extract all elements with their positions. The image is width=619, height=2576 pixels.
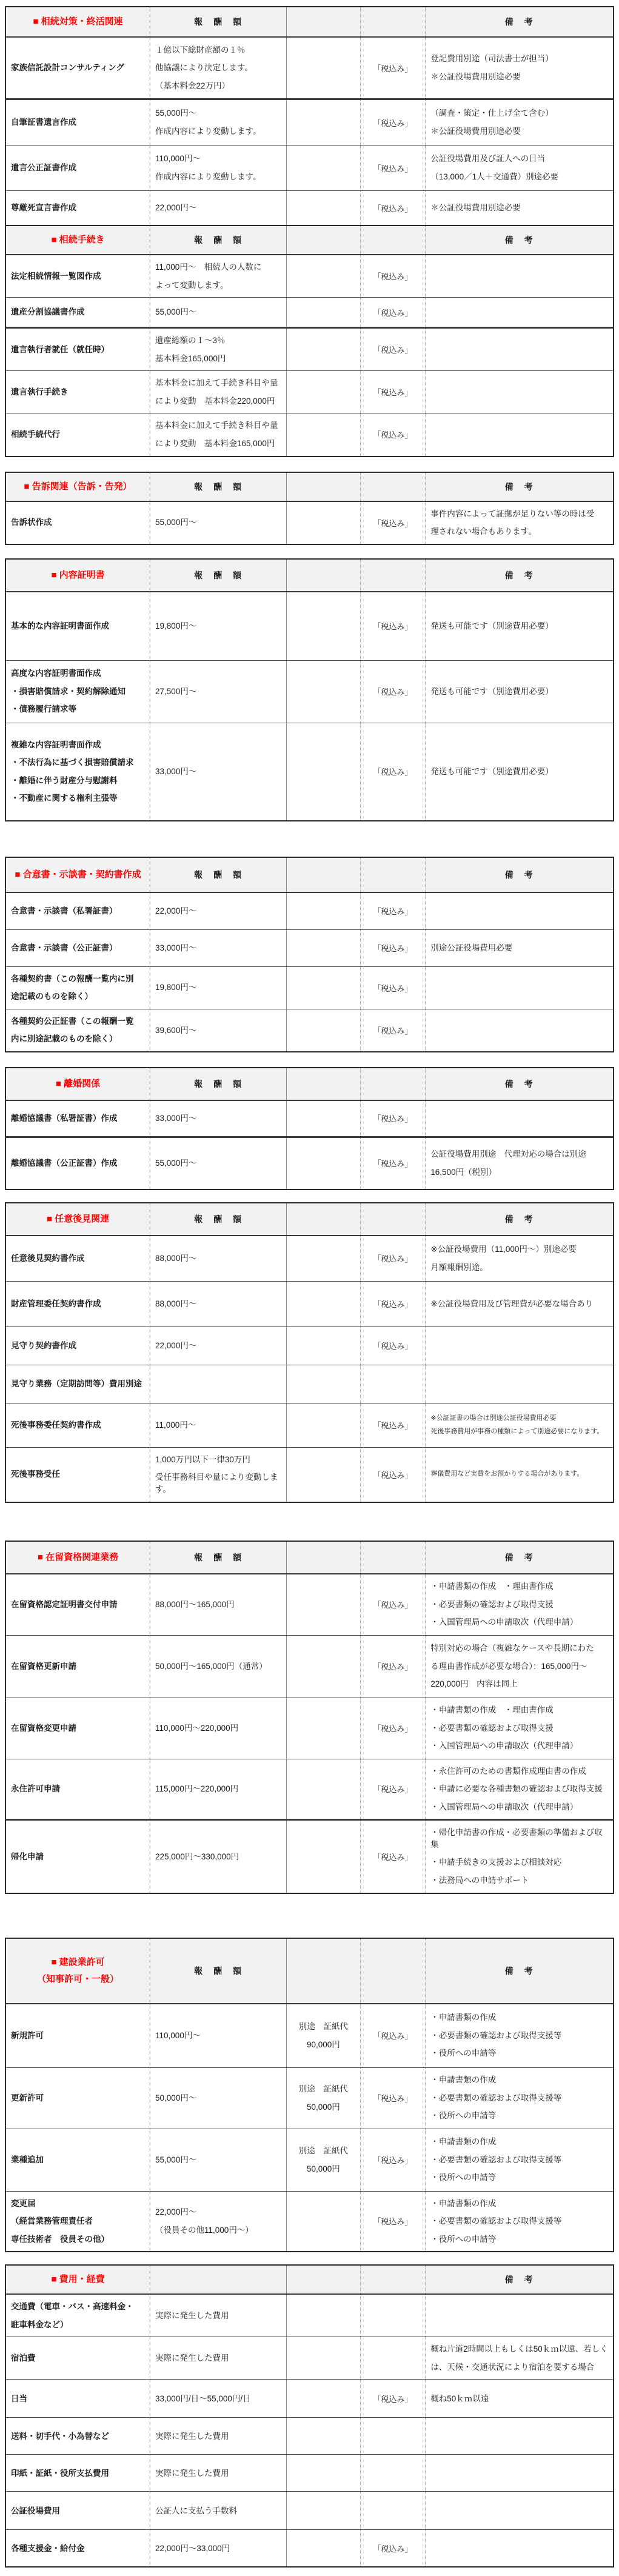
tax-included-note: 「税込み」 [360, 723, 426, 820]
service-name-line: 離婚協議書（私署証書）作成 [11, 1112, 145, 1125]
fee-line: 33,000円～ [155, 1112, 281, 1125]
remarks: ※公証証書の場合は別途公証役場費用必要死後事務費用が事務の種類によって別途必要に… [425, 1403, 613, 1447]
section-header-row: ■ 合意書・示談書・契約書作成報 酬 額備 考 [6, 858, 613, 892]
fee-line: 39,600円～ [155, 1025, 281, 1037]
remark-line: ※公証役場費用及び管理費が必要な場合あり [430, 1298, 608, 1310]
fee-line: 11,000円～ 相続人の人数に [155, 261, 281, 273]
fee-column-header [150, 2266, 286, 2293]
service-name: 遺言執行者就任（就任時） [6, 329, 150, 370]
fee-row: 永住許可申請115,000円～220,000円「税込み」・永住許可のための書類作… [6, 1759, 613, 1819]
tax-included-note: 「税込み」 [360, 2129, 426, 2191]
remark-line: ＊公証役場費用別途必要 [430, 71, 608, 83]
remarks: 概ね50ｋｍ以遠 [425, 2380, 613, 2417]
service-name: 在留資格更新申請 [6, 1636, 150, 1698]
remark-line: ※公証証書の場合は別途公証役場費用必要 [430, 1414, 608, 1423]
tax-included-note: 「税込み」 [360, 2380, 426, 2417]
fee-row: 在留資格変更申請110,000円～220,000円「税込み」・申請書類の作成 ・… [6, 1698, 613, 1759]
fee-row: 財産管理委任契約書作成88,000円～「税込み」※公証役場費用及び管理費が必要な… [6, 1281, 613, 1326]
service-name: 死後事務委任契約書作成 [6, 1403, 150, 1447]
service-name-line: 途記載のものを除く） [11, 991, 145, 1003]
remarks: 登記費用別途（司法書士が担当）＊公証役場費用別途必要 [425, 38, 613, 98]
fee-line: 19,800円～ [155, 982, 281, 994]
stamp-fee [286, 2337, 360, 2379]
tax-column-header [360, 858, 426, 892]
service-name: 複雑な内容証明書面作成・不法行為に基づく損害賠償請求・離婚に伴う財産分与慰謝料・… [6, 723, 150, 820]
fee-row: 死後事務受任1,000万円以下一律30万円受任事務科目や量により変動します。「税… [6, 1447, 613, 1502]
section-title: ■ 告訴関連（告訴・告発） [6, 473, 150, 501]
service-name-line: 遺産分割協議書作成 [11, 306, 145, 318]
remark-line: 死後事務費用が事務の種類によって別途必要になります。 [430, 1427, 608, 1437]
fee-column-header: 報 酬 額 [150, 7, 286, 36]
tax-included-note: 「税込み」 [360, 2004, 426, 2067]
service-name-line: 各種支援金・給付金 [11, 2543, 145, 2555]
tax-included-note: 「税込み」 [360, 1138, 426, 1189]
remarks [425, 298, 613, 327]
fee-row: 帰化申請225,000円～330,000円「税込み」・帰化申請書の作成・必要書類… [6, 1819, 613, 1892]
tax-column-header [360, 2266, 426, 2293]
service-name-line: 複雑な内容証明書面作成 [11, 739, 145, 751]
service-name-line: 帰化申請 [11, 1851, 145, 1863]
fee-table-goui-jidan: ■ 合意書・示談書・契約書作成報 酬 額備 考合意書・示談書（私署証書）22,0… [5, 857, 614, 1052]
fee-line: 22,000円～ [155, 1340, 281, 1352]
stamp-fee-line: 50,000円 [307, 2163, 340, 2175]
service-name: 宿泊費 [6, 2337, 150, 2379]
section-title-line: ■ 告訴関連（告訴・告発） [24, 480, 132, 493]
remarks [425, 967, 613, 1009]
fee-amount: 22,000円～ [150, 893, 286, 929]
service-name-line: 交通費（電車・バス・高速料金・ [11, 2301, 145, 2313]
remarks [425, 2455, 613, 2491]
section-header-row: ■ 任意後見関連報 酬 額備 考 [6, 1203, 613, 1235]
fee-row: 在留資格認定証明書交付申請88,000円～165,000円「税込み」・申請書類の… [6, 1573, 613, 1635]
fee-line: 27,500円～ [155, 686, 281, 698]
service-name-line: 各種契約書（この報酬一覧内に別 [11, 973, 145, 985]
service-name: 告訴状作成 [6, 502, 150, 544]
service-name-line: 宿泊費 [11, 2352, 145, 2364]
service-name-line: 在留資格更新申請 [11, 1661, 145, 1673]
remark-line: ・帰化申請書の作成・必要書類の準備および収集 [430, 1827, 608, 1850]
fee-table-nini-kouken: ■ 任意後見関連報 酬 額備 考任意後見契約書作成88,000円～「税込み」※公… [5, 1202, 614, 1503]
service-name-line: 公証役場費用 [11, 2505, 145, 2517]
fee-amount: 19,800円～ [150, 592, 286, 660]
fee-line: 基本料金に加えて手続き科目や量 [155, 420, 281, 432]
remarks: ・帰化申請書の作成・必要書類の準備および収集・申請手続きの支援および相談対応・法… [425, 1821, 613, 1892]
fee-amount: 110,000円～作成内容により変動します。 [150, 146, 286, 190]
stamp-fee-column-header [286, 1542, 360, 1573]
service-name: 各種支援金・給付金 [6, 2530, 150, 2566]
remark-line: ＊公証役場費用別途必要 [430, 125, 608, 138]
fee-amount: 19,800円～ [150, 967, 286, 1009]
section-header-row: ■ 内容証明書報 酬 額備 考 [6, 560, 613, 591]
service-name-line: 在留資格変更申請 [11, 1722, 145, 1735]
fee-line: よって変動します。 [155, 279, 281, 292]
fee-line: 115,000円～220,000円 [155, 1783, 281, 1795]
fee-amount: 88,000円～ [150, 1282, 286, 1326]
section-header-row: ■ 離婚関係報 酬 額備 考 [6, 1068, 613, 1100]
stamp-fee [286, 1282, 360, 1326]
remark-line: （13,000／1人＋交通費）別途必要 [430, 171, 608, 183]
remark-line: ・申請書類の作成 [430, 2136, 608, 2148]
service-name: 財産管理委任契約書作成 [6, 1282, 150, 1326]
remark-line: ＊公証役場費用別途必要 [430, 202, 608, 214]
remark-line: ・必要書類の確認および取得支援等 [430, 2030, 608, 2042]
remark-line: ・申請書類の作成 [430, 2012, 608, 2024]
stamp-fee [286, 723, 360, 820]
fee-row: 各種契約書（この報酬一覧内に別途記載のものを除く）19,800円～「税込み」 [6, 966, 613, 1009]
stamp-fee: 別途 証紙代50,000円 [286, 2068, 360, 2129]
fee-row: 告訴状作成55,000円～「税込み」事件内容によって証拠が足りない等の時は受理さ… [6, 501, 613, 544]
section-title-line: （知事許可・一般） [37, 1973, 119, 1986]
service-name-line: ・不動産に関する権利主張等 [11, 792, 145, 805]
stamp-fee [286, 2192, 360, 2252]
fee-column-header: 報 酬 額 [150, 560, 286, 591]
service-name: 交通費（電車・バス・高速料金・駐車料金など） [6, 2295, 150, 2337]
service-name-line: 自筆証書遺言作成 [11, 116, 145, 129]
fee-amount: 115,000円～220,000円 [150, 1759, 286, 1819]
fee-table-naiyou-shoumei: ■ 内容証明書報 酬 額備 考基本的な内容証明書面作成19,800円～「税込み」… [5, 558, 614, 821]
service-name: 相続手続代行 [6, 413, 150, 455]
remark-line: る理由書作成が必要な場合）：165,000円～ [430, 1661, 608, 1673]
service-name-line: 永住許可申請 [11, 1783, 145, 1795]
fee-line: 他協議により決定します。 [155, 62, 281, 74]
remarks: ・永住許可のための書類作成理由書の作成・申請に必要な各種書類の確認および取得支援… [425, 1759, 613, 1819]
stamp-fee [286, 1365, 360, 1403]
section-title-line: ■ 内容証明書 [51, 569, 104, 582]
fee-amount: 11,000円～ 相続人の人数によって変動します。 [150, 255, 286, 297]
remarks: ・申請書類の作成・必要書類の確認および取得支援等・役所への申請等 [425, 2068, 613, 2129]
fee-line: 110,000円～ [155, 2030, 281, 2042]
fee-row: 各種支援金・給付金22,000円～33,000円「税込み」 [6, 2529, 613, 2566]
remarks [425, 893, 613, 929]
stamp-fee-column-header [286, 1203, 360, 1235]
remarks [425, 2492, 613, 2529]
remark-line: 公証役場費用及び証人への日当 [430, 153, 608, 165]
service-name: 永住許可申請 [6, 1759, 150, 1819]
fee-amount: 33,000円～ [150, 930, 286, 966]
section-header-row: ■ 費用・経費備 考 [6, 2266, 613, 2293]
fee-line: 遺産総額の１～3％ [155, 335, 281, 347]
remark-line: ・永住許可のための書類作成理由書の作成 [430, 1765, 608, 1778]
fee-row: 任意後見契約書作成88,000円～「税込み」※公証役場費用（11,000円～）別… [6, 1235, 613, 1281]
service-name: 離婚協議書（私署証書）作成 [6, 1101, 150, 1136]
fee-line: 実際に発生した費用 [155, 2310, 281, 2322]
service-name: 印紙・証紙・役所支払費用 [6, 2455, 150, 2491]
fee-table-souzoku-taisaku: ■ 相続対策・終活関連報 酬 額備 考家族信託設計コンサルティング１億以下総財産… [5, 6, 614, 226]
service-name-line: 相続手続代行 [11, 429, 145, 441]
service-name-line: 高度な内容証明書面作成 [11, 667, 145, 680]
remarks [425, 2295, 613, 2337]
remark-line: 発送も可能です（別途費用必要） [430, 766, 608, 778]
fee-amount: 55,000円～ [150, 2129, 286, 2191]
remark-line: ・申請書類の作成 ・理由書作成 [430, 1581, 608, 1593]
section-title: ■ 内容証明書 [6, 560, 150, 591]
service-name-line: 死後事務受任 [11, 1468, 145, 1480]
service-name-line: 見守り業務（定期訪問等）費用別途 [11, 1378, 145, 1390]
service-name: 公証役場費用 [6, 2492, 150, 2529]
tax-included-note: 「税込み」 [360, 1574, 426, 1635]
fee-row: 日当33,000円/日～55,000円/日「税込み」概ね50ｋｍ以遠 [6, 2379, 613, 2417]
fee-amount: 55,000円～ [150, 1138, 286, 1189]
tax-included-note: 「税込み」 [360, 1636, 426, 1698]
fee-amount: 実際に発生した費用 [150, 2455, 286, 2491]
section-title: ■ 費用・経費 [6, 2266, 150, 2293]
remarks-column-header: 備 考 [425, 1203, 613, 1235]
stamp-fee [286, 2380, 360, 2417]
fee-line: 88,000円～ [155, 1253, 281, 1265]
stamp-fee-column-header [286, 1939, 360, 2003]
remarks [425, 2530, 613, 2566]
fee-row: 見守り契約書作成22,000円～「税込み」 [6, 1326, 613, 1365]
fee-amount: 33,000円～ [150, 723, 286, 820]
section-title-line: ■ 任意後見関連 [47, 1213, 109, 1226]
fee-line: 55,000円～ [155, 2154, 281, 2166]
tax-included-note: 「税込み」 [360, 893, 426, 929]
remark-line: ・必要書類の確認および取得支援等 [430, 2154, 608, 2166]
service-name: 見守り契約書作成 [6, 1327, 150, 1365]
remarks: 発送も可能です（別途費用必要） [425, 661, 613, 723]
tax-column-header [360, 7, 426, 36]
fee-line: 作成内容により変動します。 [155, 171, 281, 183]
fee-amount: 225,000円～330,000円 [150, 1821, 286, 1892]
service-name: 遺言執行手続き [6, 371, 150, 413]
fee-amount: 50,000円～ [150, 2068, 286, 2129]
fee-schedule-document: ■ 相続対策・終活関連報 酬 額備 考家族信託設計コンサルティング１億以下総財産… [0, 6, 619, 2576]
fee-row: 印紙・証紙・役所支払費用実際に発生した費用 [6, 2454, 613, 2491]
stamp-fee-column-header [286, 2266, 360, 2293]
fee-line: 225,000円～330,000円 [155, 1851, 281, 1863]
stamp-fee-line: 90,000円 [307, 2039, 340, 2051]
stamp-fee [286, 1574, 360, 1635]
section-title-line: ■ 相続手続き [51, 233, 104, 247]
section-header-row: ■ 建設業許可（知事許可・一般）報 酬 額備 考 [6, 1939, 613, 2003]
service-name-line: 遺言執行手続き [11, 386, 145, 398]
fee-line: 11,000円～ [155, 1419, 281, 1431]
stamp-fee [286, 893, 360, 929]
fee-row: 交通費（電車・バス・高速料金・駐車料金など）実際に発生した費用 [6, 2293, 613, 2337]
fee-amount: 22,000円～（役員その他11,000円～） [150, 2192, 286, 2252]
fee-line: 基本料金に加えて手続き科目や量 [155, 377, 281, 389]
tax-included-note: 「税込み」 [360, 413, 426, 455]
remarks: 葬儀費用など実費をお預かりする場合があります。 [425, 1448, 613, 1502]
section-title: ■ 建設業許可（知事許可・一般） [6, 1939, 150, 2003]
service-name: 遺言公正証書作成 [6, 146, 150, 190]
service-name: 高度な内容証明書面作成・損害賠償請求・契約解除通知・債務履行請求等 [6, 661, 150, 723]
service-name-line: 業種追加 [11, 2154, 145, 2166]
fee-amount: 110,000円～220,000円 [150, 1698, 286, 1759]
service-name-line: 日当 [11, 2393, 145, 2405]
fee-row: 各種契約公正証書（この報酬一覧内に別途記載のものを除く）39,600円～「税込み… [6, 1009, 613, 1051]
stamp-fee [286, 661, 360, 723]
service-name-line: ・債務履行請求等 [11, 703, 145, 715]
fee-amount: 22,000円～ [150, 191, 286, 225]
service-name: 在留資格認定証明書交付申請 [6, 1574, 150, 1635]
stamp-fee [286, 2455, 360, 2491]
service-name-line: 合意書・示談書（私署証書） [11, 905, 145, 917]
remarks: 発送も可能です（別途費用必要） [425, 592, 613, 660]
remarks-column-header: 備 考 [425, 1068, 613, 1100]
remark-line: ・役所への申請等 [430, 2172, 608, 2184]
fee-row: 新規許可110,000円～別途 証紙代90,000円「税込み」・申請書類の作成・… [6, 2003, 613, 2067]
fee-row: 基本的な内容証明書面作成19,800円～「税込み」発送も可能です（別途費用必要） [6, 591, 613, 660]
stamp-fee [286, 1759, 360, 1819]
remarks: ※公証役場費用（11,000円～）別途必要月額報酬別途。 [425, 1236, 613, 1281]
service-name-line: 任意後見契約書作成 [11, 1253, 145, 1265]
fee-line: 基本料金165,000円 [155, 353, 281, 365]
remark-line: 220,000円 内容は同上 [430, 1678, 608, 1690]
tax-column-header [360, 560, 426, 591]
remark-line: ・入国管理局への申請取次（代理申請） [430, 1801, 608, 1813]
remark-line: 葬儀費用など実費をお預かりする場合があります。 [430, 1470, 608, 1479]
remark-line: ・申請書類の作成 [430, 2198, 608, 2210]
service-name: 遺産分割協議書作成 [6, 298, 150, 327]
remark-line: ※公証役場費用（11,000円～）別途必要 [430, 1243, 608, 1256]
service-name-line: 離婚協議書（公正証書）作成 [11, 1157, 145, 1169]
stamp-fee-column-header [286, 560, 360, 591]
service-name-line: 尊厳死宣言書作成 [11, 202, 145, 214]
service-name: 離婚協議書（公正証書）作成 [6, 1138, 150, 1189]
stamp-fee [286, 1821, 360, 1892]
fee-amount: 公証人に支払う手数料 [150, 2492, 286, 2529]
stamp-fee [286, 255, 360, 297]
fee-line: 33,000円/日～55,000円/日 [155, 2393, 281, 2405]
remarks: ・申請書類の作成・必要書類の確認および取得支援等・役所への申請等 [425, 2129, 613, 2191]
fee-amount: 22,000円～33,000円 [150, 2530, 286, 2566]
fee-table-hiyou-keihi: ■ 費用・経費備 考交通費（電車・バス・高速料金・駐車料金など）実際に発生した費… [5, 2264, 614, 2568]
remarks-column-header: 備 考 [425, 1939, 613, 2003]
service-name-line: 更新許可 [11, 2092, 145, 2104]
stamp-fee-line: 別途 証紙代 [299, 2145, 348, 2157]
section-title: ■ 相続対策・終活関連 [6, 7, 150, 36]
fee-table-kokuso: ■ 告訴関連（告訴・告発）報 酬 額備 考告訴状作成55,000円～「税込み」事… [5, 472, 614, 545]
fee-line: 50,000円～165,000円（通常） [155, 1661, 281, 1673]
stamp-fee [286, 1448, 360, 1502]
service-name-line: ・不法行為に基づく損害賠償請求 [11, 757, 145, 769]
fee-amount: 実際に発生した費用 [150, 2295, 286, 2337]
remarks: 発送も可能です（別途費用必要） [425, 723, 613, 820]
remarks-column-header: 備 考 [425, 858, 613, 892]
remarks-column-header: 備 考 [425, 226, 613, 254]
fee-row: 家族信託設計コンサルティング１億以下総財産額の１％他協議により決定します。（基本… [6, 36, 613, 98]
section-header-row: ■ 相続対策・終活関連報 酬 額備 考 [6, 7, 613, 36]
tax-included-note: 「税込み」 [360, 930, 426, 966]
tax-included-note: 「税込み」 [360, 38, 426, 98]
stamp-fee [286, 1101, 360, 1136]
fee-column-header: 報 酬 額 [150, 1203, 286, 1235]
tax-included-note: 「税込み」 [360, 146, 426, 190]
remarks: 特別対応の場合（複雑なケースや長期にわたる理由書作成が必要な場合）：165,00… [425, 1636, 613, 1698]
fee-column-header: 報 酬 額 [150, 226, 286, 254]
section-header-row: ■ 相続手続き報 酬 額備 考 [6, 226, 613, 254]
service-name: 日当 [6, 2380, 150, 2417]
tax-included-note: 「税込み」 [360, 191, 426, 225]
remarks [425, 329, 613, 370]
service-name-line: 専任技術者 役員その他） [11, 2233, 145, 2246]
remark-line: 概ね50ｋｍ以遠 [430, 2393, 608, 2405]
fee-row: 相続手続代行基本料金に加えて手続き科目や量により変動 基本料金165,000円「… [6, 413, 613, 455]
fee-column-header: 報 酬 額 [150, 1542, 286, 1573]
stamp-fee [286, 1698, 360, 1759]
fee-row: 業種追加55,000円～別途 証紙代50,000円「税込み」・申請書類の作成・必… [6, 2129, 613, 2191]
remark-line: ・申請に必要な各種書類の確認および取得支援 [430, 1783, 608, 1795]
section-title-line: ■ 在留資格関連業務 [38, 1551, 118, 1564]
tax-column-header [360, 1068, 426, 1100]
remark-line: ・役所への申請等 [430, 2110, 608, 2122]
remark-line: 別途公証役場費用必要 [430, 942, 608, 954]
service-name-line: 遺言公正証書作成 [11, 162, 145, 174]
fee-line: 公証人に支払う手数料 [155, 2505, 281, 2517]
service-name-line: （経営業務管理責任者 [11, 2215, 145, 2227]
service-name-line: 財産管理委任契約書作成 [11, 1298, 145, 1310]
remark-line: 特別対応の場合（複雑なケースや長期にわた [430, 1642, 608, 1654]
fee-line: 実際に発生した費用 [155, 2352, 281, 2364]
tax-included-note: 「税込み」 [360, 1327, 426, 1365]
service-name-line: ・損害賠償請求・契約解除通知 [11, 686, 145, 698]
fee-row: 合意書・示談書（公正証書）33,000円～「税込み」別途公証役場費用必要 [6, 929, 613, 966]
fee-line: により変動 基本料金165,000円 [155, 438, 281, 450]
stamp-fee [286, 502, 360, 544]
fee-line: 110,000円～220,000円 [155, 1722, 281, 1735]
service-name: 更新許可 [6, 2068, 150, 2129]
stamp-fee-column-header [286, 7, 360, 36]
stamp-fee [286, 930, 360, 966]
fee-row: 離婚協議書（公正証書）作成55,000円～「税込み」公証役場費用別途 代理対応の… [6, 1136, 613, 1189]
remark-line: ・必要書類の確認および取得支援等 [430, 2092, 608, 2104]
service-name: 基本的な内容証明書面作成 [6, 592, 150, 660]
remark-line: 公証役場費用別途 代理対応の場合は別途 [430, 1148, 608, 1160]
service-name: 家族信託設計コンサルティング [6, 38, 150, 98]
service-name: 合意書・示談書（公正証書） [6, 930, 150, 966]
stamp-fee [286, 298, 360, 327]
tax-included-note [360, 2492, 426, 2529]
fee-row: 高度な内容証明書面作成・損害賠償請求・契約解除通知・債務履行請求等27,500円… [6, 660, 613, 723]
service-name: 見守り業務（定期訪問等）費用別途 [6, 1365, 150, 1403]
fee-row: 在留資格更新申請50,000円～165,000円（通常）「税込み」特別対応の場合… [6, 1635, 613, 1698]
stamp-fee [286, 1138, 360, 1189]
service-name-line: 法定相続情報一覧図作成 [11, 270, 145, 283]
section-title-line: ■ 費用・経費 [51, 2273, 104, 2286]
tax-included-note [360, 1365, 426, 1403]
stamp-fee-column-header [286, 858, 360, 892]
remarks: ・申請書類の作成・必要書類の確認および取得支援等・役所への申請等 [425, 2004, 613, 2067]
remark-line: ・必要書類の確認および取得支援等 [430, 2215, 608, 2227]
tax-included-note: 「税込み」 [360, 967, 426, 1009]
section-title-line: ■ 合意書・示談書・契約書作成 [15, 868, 141, 882]
remark-line: 登記費用別途（司法書士が担当） [430, 53, 608, 65]
section-header-row: ■ 告訴関連（告訴・告発）報 酬 額備 考 [6, 473, 613, 501]
fee-line: 19,800円～ [155, 620, 281, 632]
fee-row: 遺言執行者就任（就任時）遺産総額の１～3％基本料金165,000円「税込み」 [6, 327, 613, 370]
section-title: ■ 相続手続き [6, 226, 150, 254]
fee-line: 50,000円～ [155, 2092, 281, 2104]
tax-column-header [360, 1542, 426, 1573]
tax-column-header [360, 473, 426, 501]
service-name-line: 印紙・証紙・役所支払費用 [11, 2467, 145, 2480]
service-name: 尊厳死宣言書作成 [6, 191, 150, 225]
tax-included-note: 「税込み」 [360, 1009, 426, 1051]
tax-included-note: 「税込み」 [360, 1101, 426, 1136]
service-name: 各種契約書（この報酬一覧内に別途記載のものを除く） [6, 967, 150, 1009]
service-name: 自筆証書遺言作成 [6, 100, 150, 145]
service-name: 法定相続情報一覧図作成 [6, 255, 150, 297]
remarks: ＊公証役場費用別途必要 [425, 191, 613, 225]
stamp-fee-column-header [286, 473, 360, 501]
stamp-fee [286, 1636, 360, 1698]
stamp-fee [286, 371, 360, 413]
stamp-fee-column-header [286, 226, 360, 254]
tax-included-note: 「税込み」 [360, 100, 426, 145]
service-name-line: 合意書・示談書（公正証書） [11, 942, 145, 954]
remarks: ・申請書類の作成 ・理由書作成・必要書類の確認および取得支援・入国管理局への申請… [425, 1698, 613, 1759]
